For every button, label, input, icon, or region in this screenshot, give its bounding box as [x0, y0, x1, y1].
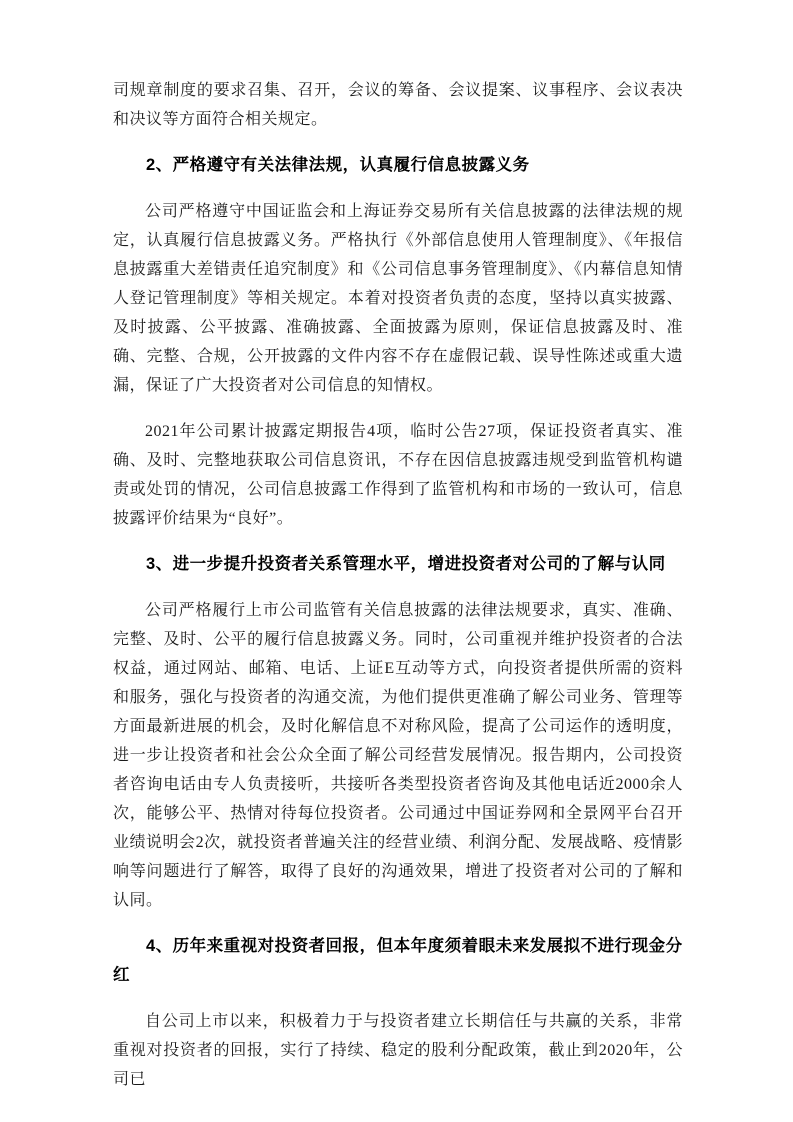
paragraph-meeting-rules-continuation: 司规章制度的要求召集、召开，会议的筹备、会议提案、议事程序、会议表决和决议等方面…: [113, 76, 683, 134]
heading-4-investor-returns-no-dividend: 4、历年来重视对投资者回报，但本年度须着眼未来发展拟不进行现金分红: [113, 932, 683, 990]
document-body: 司规章制度的要求召集、召开，会议的筹备、会议提案、议事程序、会议表决和决议等方面…: [113, 76, 683, 1111]
paragraph-investor-returns-policy: 自公司上市以来，积极着力于与投资者建立长期信任与共赢的关系，非常重视对投资者的回…: [113, 1007, 683, 1094]
paragraph-investor-relations-detail: 公司严格履行上市公司监管有关信息披露的法律法规要求，真实、准确、完整、及时、公平…: [113, 596, 683, 915]
document-page: 司规章制度的要求召集、召开，会议的筹备、会议提案、议事程序、会议表决和决议等方面…: [0, 0, 793, 1122]
heading-2-legal-compliance-disclosure: 2、严格遵守有关法律法规，认真履行信息披露义务: [113, 151, 683, 180]
paragraph-disclosure-rules: 公司严格遵守中国证监会和上海证券交易所有关信息披露的法律法规的规定，认真履行信息…: [113, 197, 683, 400]
heading-3-investor-relations: 3、进一步提升投资者关系管理水平，增进投资者对公司的了解与认同: [113, 550, 683, 579]
paragraph-2021-disclosure-stats: 2021年公司累计披露定期报告4项，临时公告27项，保证投资者真实、准确、及时、…: [113, 417, 683, 533]
